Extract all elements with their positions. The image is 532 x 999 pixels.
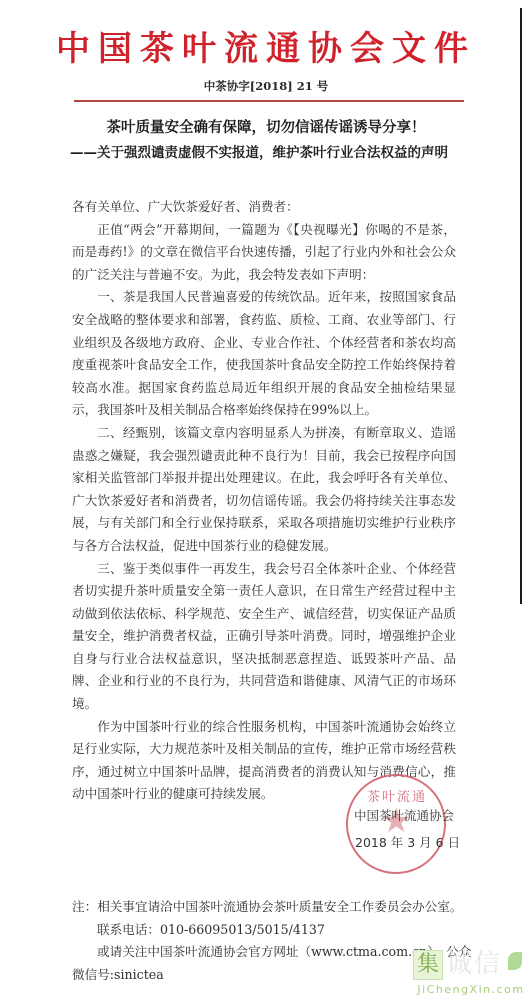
note-line: 注：相关事宜请洽中国茶叶流通协会茶叶质量安全工作委员会办公室。 bbox=[72, 896, 492, 919]
official-seal: 茶叶流通 ★ bbox=[346, 774, 446, 874]
phone-number: 010-66095013/5015/4137 bbox=[160, 922, 325, 937]
watermark-chars: 诚信 bbox=[446, 950, 502, 978]
paragraph-point-two: 二、经甄别，该篇文章内容明显系人为拼凑，有断章取义、造谣蛊惑之嫌疑，我会强烈谴责… bbox=[72, 422, 456, 558]
header-divider bbox=[74, 100, 464, 102]
paragraph-point-one: 一、茶是我国人民普遍喜爱的传统饮品。近年来，按照国家食品安全战略的整体要求和部署… bbox=[72, 286, 456, 422]
document-number: 中茶协字[2018] 21 号 bbox=[0, 78, 532, 94]
phone-line: 联系电话：010-66095013/5015/4137 bbox=[72, 919, 492, 942]
watermark-domain: JiChengXin.com bbox=[410, 983, 532, 996]
salutation: 各有关单位、广大饮茶爱好者、消费者： bbox=[72, 196, 456, 219]
signature-organization: 中国茶叶流通协会 bbox=[354, 806, 454, 824]
statement-headline: 茶叶质量安全确有保障，切勿信谣传谣诱导分享！ bbox=[0, 118, 532, 138]
document-title: 中国茶叶流通协会文件 bbox=[0, 28, 532, 70]
watermark-logo-icon: 集 bbox=[413, 950, 443, 980]
statement-body: 各有关单位、广大饮茶爱好者、消费者： 正值“两会”开幕期间，一篇题为《【央视曝光… bbox=[72, 196, 456, 806]
phone-label: 联系电话： bbox=[97, 922, 160, 937]
paragraph-point-three: 三、鉴于类似事件一再发生，我会号召全体茶叶企业、个体经营者切实提升茶叶质量安全第… bbox=[72, 558, 456, 716]
paragraph-intro: 正值“两会”开幕期间，一篇题为《【央视曝光】你喝的不是茶，而是毒药!》的文章在微… bbox=[72, 219, 456, 287]
signature-date: 2018 年 3 月 6 日 bbox=[355, 833, 460, 851]
page-right-border bbox=[520, 8, 522, 604]
statement-subheadline: ——关于强烈谴责虚假不实报道，维护茶叶行业合法权益的声明 bbox=[70, 143, 490, 163]
leaf-icon bbox=[508, 952, 522, 970]
site-watermark: 集 诚信 JiChengXin.com bbox=[410, 950, 532, 999]
